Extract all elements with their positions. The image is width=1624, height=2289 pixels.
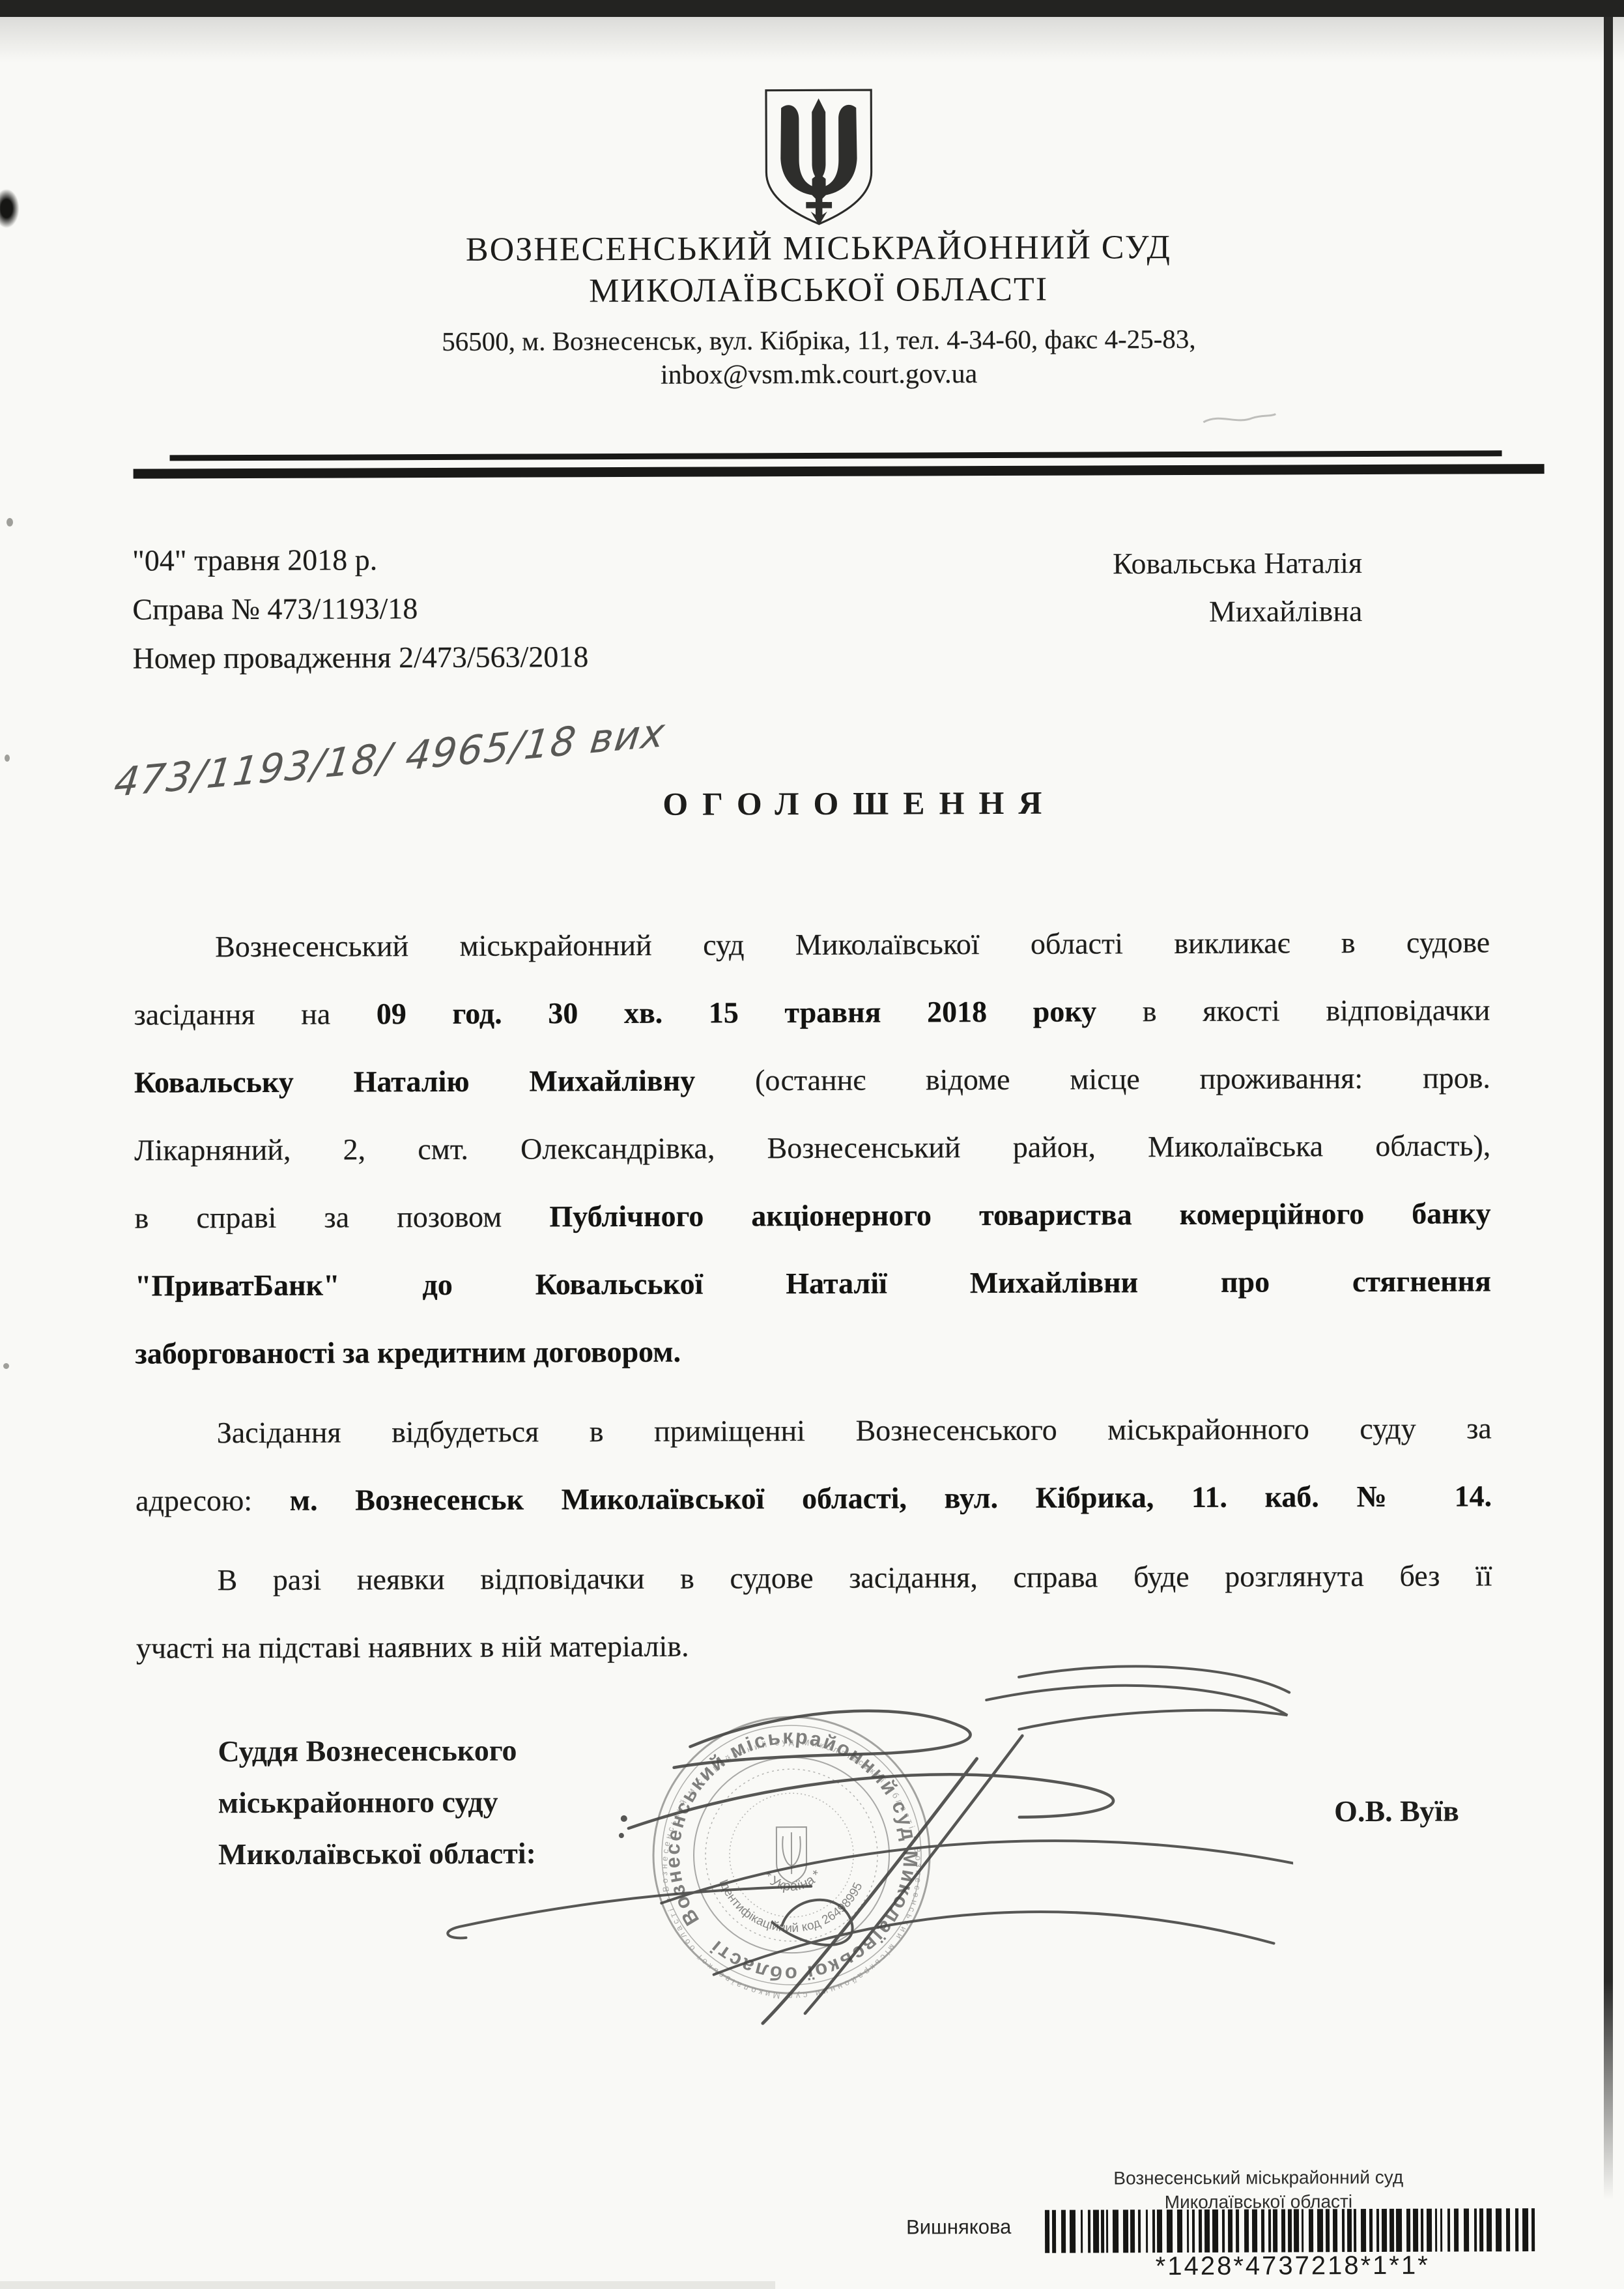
barcode-bar xyxy=(1389,2209,1394,2252)
body-text-bold: 09 год. 30 хв. 15 травня 2018 року xyxy=(377,994,1097,1030)
barcode-bar xyxy=(1052,2210,1056,2253)
barcode-bar xyxy=(1061,2210,1066,2253)
barcode-bar xyxy=(1192,2210,1195,2253)
barcode-bar xyxy=(1421,2209,1423,2252)
barcode-bar xyxy=(1138,2210,1141,2253)
barcode-bar xyxy=(1435,2209,1437,2252)
barcode-bar xyxy=(1474,2208,1477,2251)
body-text: адресою: xyxy=(135,1484,290,1518)
barcode-bar xyxy=(1464,2208,1469,2251)
barcode-bar xyxy=(1157,2210,1162,2253)
body-line: адресою: м. Вознесенськ Миколаївської об… xyxy=(135,1462,1492,1534)
barcode-bar xyxy=(1187,2210,1189,2253)
barcode-bar xyxy=(1454,2209,1459,2252)
barcode-bar xyxy=(1244,2210,1249,2253)
header-divider-thin xyxy=(170,450,1502,461)
barcode-bar xyxy=(1177,2210,1182,2253)
body-line: В разі неявки відповідачки в судове засі… xyxy=(135,1542,1492,1614)
barcode-bar xyxy=(1081,2210,1083,2253)
court-name-line1: ВОЗНЕСЕНСЬКИЙ МІСЬКРАЙОННИЙ СУД xyxy=(102,227,1535,270)
barcode-bar xyxy=(1317,2209,1323,2252)
barcode-bar xyxy=(1361,2209,1366,2252)
court-email: inbox@vsm.mk.court.gov.ua xyxy=(102,356,1535,393)
body-text-bold: заборгованості за кредитним договором. xyxy=(135,1335,681,1370)
body-text: в якості відповідачки xyxy=(1096,993,1490,1028)
body-paragraph: Вознесенський міськрайонний суд Миколаїв… xyxy=(134,908,1492,1387)
body-line: Засідання відбудеться в приміщенні Возне… xyxy=(135,1394,1492,1467)
header-divider-thick xyxy=(134,464,1545,479)
court-address: 56500, м. Вознесенськ, вул. Кібріка, 11,… xyxy=(102,322,1535,358)
barcode-bar xyxy=(1268,2210,1271,2253)
body-line: Ковальську Наталію Михайлівну (останнє в… xyxy=(134,1044,1490,1116)
addressee-line1: Ковальська Наталія xyxy=(1074,539,1362,588)
barcode-bar xyxy=(1326,2209,1330,2252)
barcode-bar xyxy=(1427,2209,1432,2252)
body-text: Вознесенський міськрайонний суд Миколаїв… xyxy=(215,925,1490,963)
barcode-bar xyxy=(1070,2210,1076,2253)
addressee-name: Ковальська Наталія Михайлівна xyxy=(1074,539,1363,637)
barcode-bar xyxy=(1113,2210,1118,2253)
proceeding-number: Номер провадження 2/473/563/2018 xyxy=(133,639,589,675)
barcode-bar xyxy=(1382,2209,1387,2252)
barcode-bar xyxy=(1088,2210,1090,2253)
barcode-bar xyxy=(1101,2210,1104,2253)
body-text: (останнє відоме місце проживання: пров. xyxy=(695,1061,1490,1097)
barcode-bar xyxy=(1222,2210,1225,2253)
barcode-bar xyxy=(1288,2209,1292,2252)
body-text-bold: м. Вознесенськ Миколаївської області, ву… xyxy=(290,1479,1492,1516)
body-text-bold: Ковальську Наталію Михайлівну xyxy=(134,1064,695,1099)
barcode-bar xyxy=(1369,2209,1373,2252)
barcode-bar xyxy=(1252,2210,1257,2253)
addressee-line2: Михайлівна xyxy=(1074,587,1362,637)
body-text: засідання на xyxy=(134,997,376,1031)
barcode-bar xyxy=(1354,2209,1356,2252)
barcode-bar xyxy=(1228,2210,1232,2253)
barcode-bar xyxy=(1123,2210,1128,2253)
barcode-bar xyxy=(1479,2208,1483,2251)
body-text: в справі за позовом xyxy=(135,1200,550,1234)
barcode-bar xyxy=(1281,2209,1285,2252)
barcode-bar xyxy=(1396,2209,1402,2252)
clerk-name: Вишнякова xyxy=(906,2215,1011,2239)
body-text: Засідання відбудеться в приміщенні Возне… xyxy=(217,1411,1492,1449)
barcode-bar xyxy=(1236,2210,1239,2253)
barcode-bar xyxy=(1146,2210,1148,2253)
document-content: ВОЗНЕСЕНСЬКИЙ МІСЬКРАЙОННИЙ СУД МИКОЛАЇВ… xyxy=(0,0,1624,2289)
barcode-bar xyxy=(1309,2209,1313,2252)
pen-mark-artifact xyxy=(1200,405,1278,431)
barcode-bar xyxy=(1506,2208,1510,2251)
scanned-court-document: ВОЗНЕСЕНСЬКИЙ МІСЬКРАЙОННИЙ СУД МИКОЛАЇВ… xyxy=(0,0,1624,2289)
barcode-bar xyxy=(1167,2210,1173,2253)
barcode-bar xyxy=(1093,2210,1099,2253)
barcode-bar xyxy=(1045,2210,1049,2253)
document-title: ОГОЛОШЕННЯ xyxy=(208,782,1511,824)
barcode-bar xyxy=(1342,2209,1345,2252)
barcode-bar xyxy=(1199,2210,1202,2253)
barcode-number: *1428*4737218*1*1* xyxy=(1045,2251,1540,2282)
barcode-bar xyxy=(1531,2208,1535,2251)
barcode-bar xyxy=(1130,2210,1135,2253)
barcode-bar xyxy=(1515,2208,1518,2251)
judge-signature-strokes xyxy=(276,1647,1294,2041)
footer-court-block: Вознесенський міськрайонний суд Миколаїв… xyxy=(988,2165,1529,2215)
body-line: в справі за позовом Публічного акціонерн… xyxy=(134,1179,1490,1252)
barcode-bar xyxy=(1487,2208,1492,2251)
announcement-body: Вознесенський міськрайонний суд Миколаїв… xyxy=(134,908,1492,1693)
barcode-bar xyxy=(1406,2209,1410,2252)
barcode-bar xyxy=(1212,2210,1218,2253)
case-barcode xyxy=(1045,2208,1540,2253)
body-line: заборгованості за кредитним договором. xyxy=(135,1315,1491,1387)
barcode-bar xyxy=(1522,2208,1528,2251)
body-text-bold: "ПриватБанк" до Ковальської Наталії Миха… xyxy=(135,1264,1491,1302)
barcode-bar xyxy=(1376,2209,1379,2252)
barcode-bar xyxy=(1302,2209,1303,2252)
body-text: В разі неявки відповідачки в судове засі… xyxy=(217,1559,1492,1596)
body-text-bold: Публічного акціонерного товариства комер… xyxy=(549,1196,1490,1233)
document-date: "04" травня 2018 р. xyxy=(132,542,377,577)
case-number: Справа № 473/1193/18 xyxy=(132,591,418,627)
barcode-bar xyxy=(1273,2210,1277,2253)
barcode-bar xyxy=(1204,2210,1210,2253)
barcode-bar xyxy=(1440,2209,1442,2252)
barcode-bar xyxy=(1261,2210,1264,2253)
barcode-bar xyxy=(1496,2208,1502,2251)
body-paragraph: Засідання відбудеться в приміщенні Возне… xyxy=(135,1394,1492,1534)
body-line: "ПриватБанк" до Ковальської Наталії Миха… xyxy=(135,1247,1491,1319)
body-line: засідання на 09 год. 30 хв. 15 травня 20… xyxy=(134,976,1490,1048)
barcode-bar xyxy=(1294,2209,1299,2252)
barcode-bar xyxy=(1333,2209,1337,2252)
barcode-bar xyxy=(1347,2209,1352,2252)
body-line: Вознесенський міськрайонний суд Миколаїв… xyxy=(134,908,1490,981)
court-name-line2: МИКОЛАЇВСЬКОЇ ОБЛАСТІ xyxy=(102,268,1535,312)
barcode-bar xyxy=(1413,2209,1418,2252)
ukraine-trident-emblem-icon xyxy=(761,85,877,229)
body-line: Лікарняний, 2, смт. Олександрівка, Возне… xyxy=(134,1112,1490,1184)
body-text: Лікарняний, 2, смт. Олександрівка, Возне… xyxy=(134,1129,1490,1166)
footer-court-line1: Вознесенський міськрайонний суд xyxy=(988,2165,1529,2191)
barcode-bar xyxy=(1106,2210,1108,2253)
barcode-bar xyxy=(1152,2210,1155,2253)
barcode-bar xyxy=(1447,2209,1450,2252)
